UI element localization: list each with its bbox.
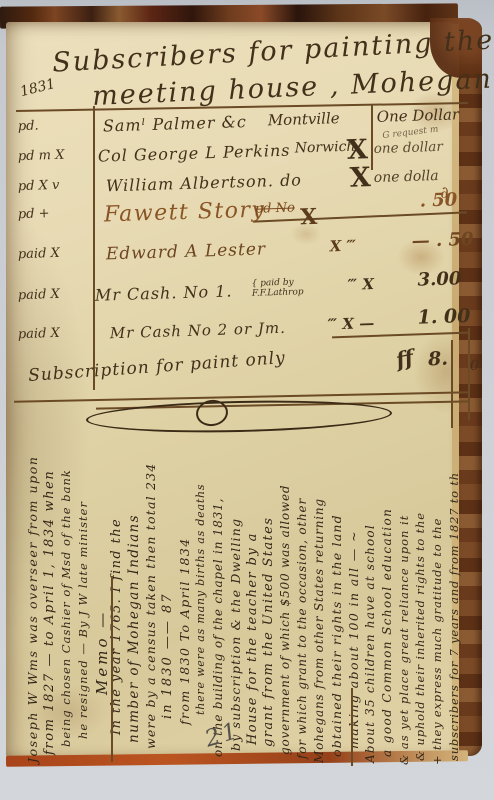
paid-mark: paid X (18, 287, 60, 303)
paid-mark: paid X (18, 246, 60, 262)
cross-mark: X (300, 204, 318, 231)
paid-mark: pd X v (18, 178, 60, 194)
total-trailing-digit: 0 (470, 358, 479, 374)
check-mark: ‴ X — (327, 314, 374, 333)
cross-mark: X (349, 162, 371, 194)
memo-section-rule (111, 576, 113, 762)
paid-mark: pd + (18, 206, 50, 222)
amount: one dollar (374, 139, 443, 157)
total-bracket-rule (451, 340, 453, 428)
cross-mark: X (346, 134, 368, 166)
brace-note: { paid by F.F.Lathrop (251, 276, 347, 299)
amount: — . 50 (411, 229, 473, 252)
paid-mark: pd. (18, 119, 39, 135)
subscriber-name: Samˡ Palmer &c (103, 112, 247, 136)
memo-section-rule (351, 688, 353, 766)
subscriber-place: Montville (268, 109, 340, 129)
subscriber-name: Mr Cash. No 1. (95, 281, 233, 304)
check-mark: ‴ X (347, 275, 374, 294)
manuscript-photo: Subscribers for painting the meeting hou… (0, 0, 494, 800)
subscriber-name: Fawett Story (104, 197, 266, 227)
total-bracket-rule (468, 328, 470, 420)
amount: 3.00 (417, 268, 461, 290)
amount: One Dollar (376, 105, 459, 126)
amount: 1. 00 (417, 305, 471, 329)
amount: one dolla (374, 168, 439, 186)
subscriber-name: Edward A Lester (106, 239, 267, 264)
paid-mark: paid X (18, 326, 60, 342)
check-mark: X ‴ (329, 237, 356, 256)
paid-mark: pd m X (18, 148, 65, 164)
struck-note: pd No (255, 200, 295, 216)
total-amount: 8. (427, 347, 448, 370)
amount: . 50 (419, 189, 457, 211)
